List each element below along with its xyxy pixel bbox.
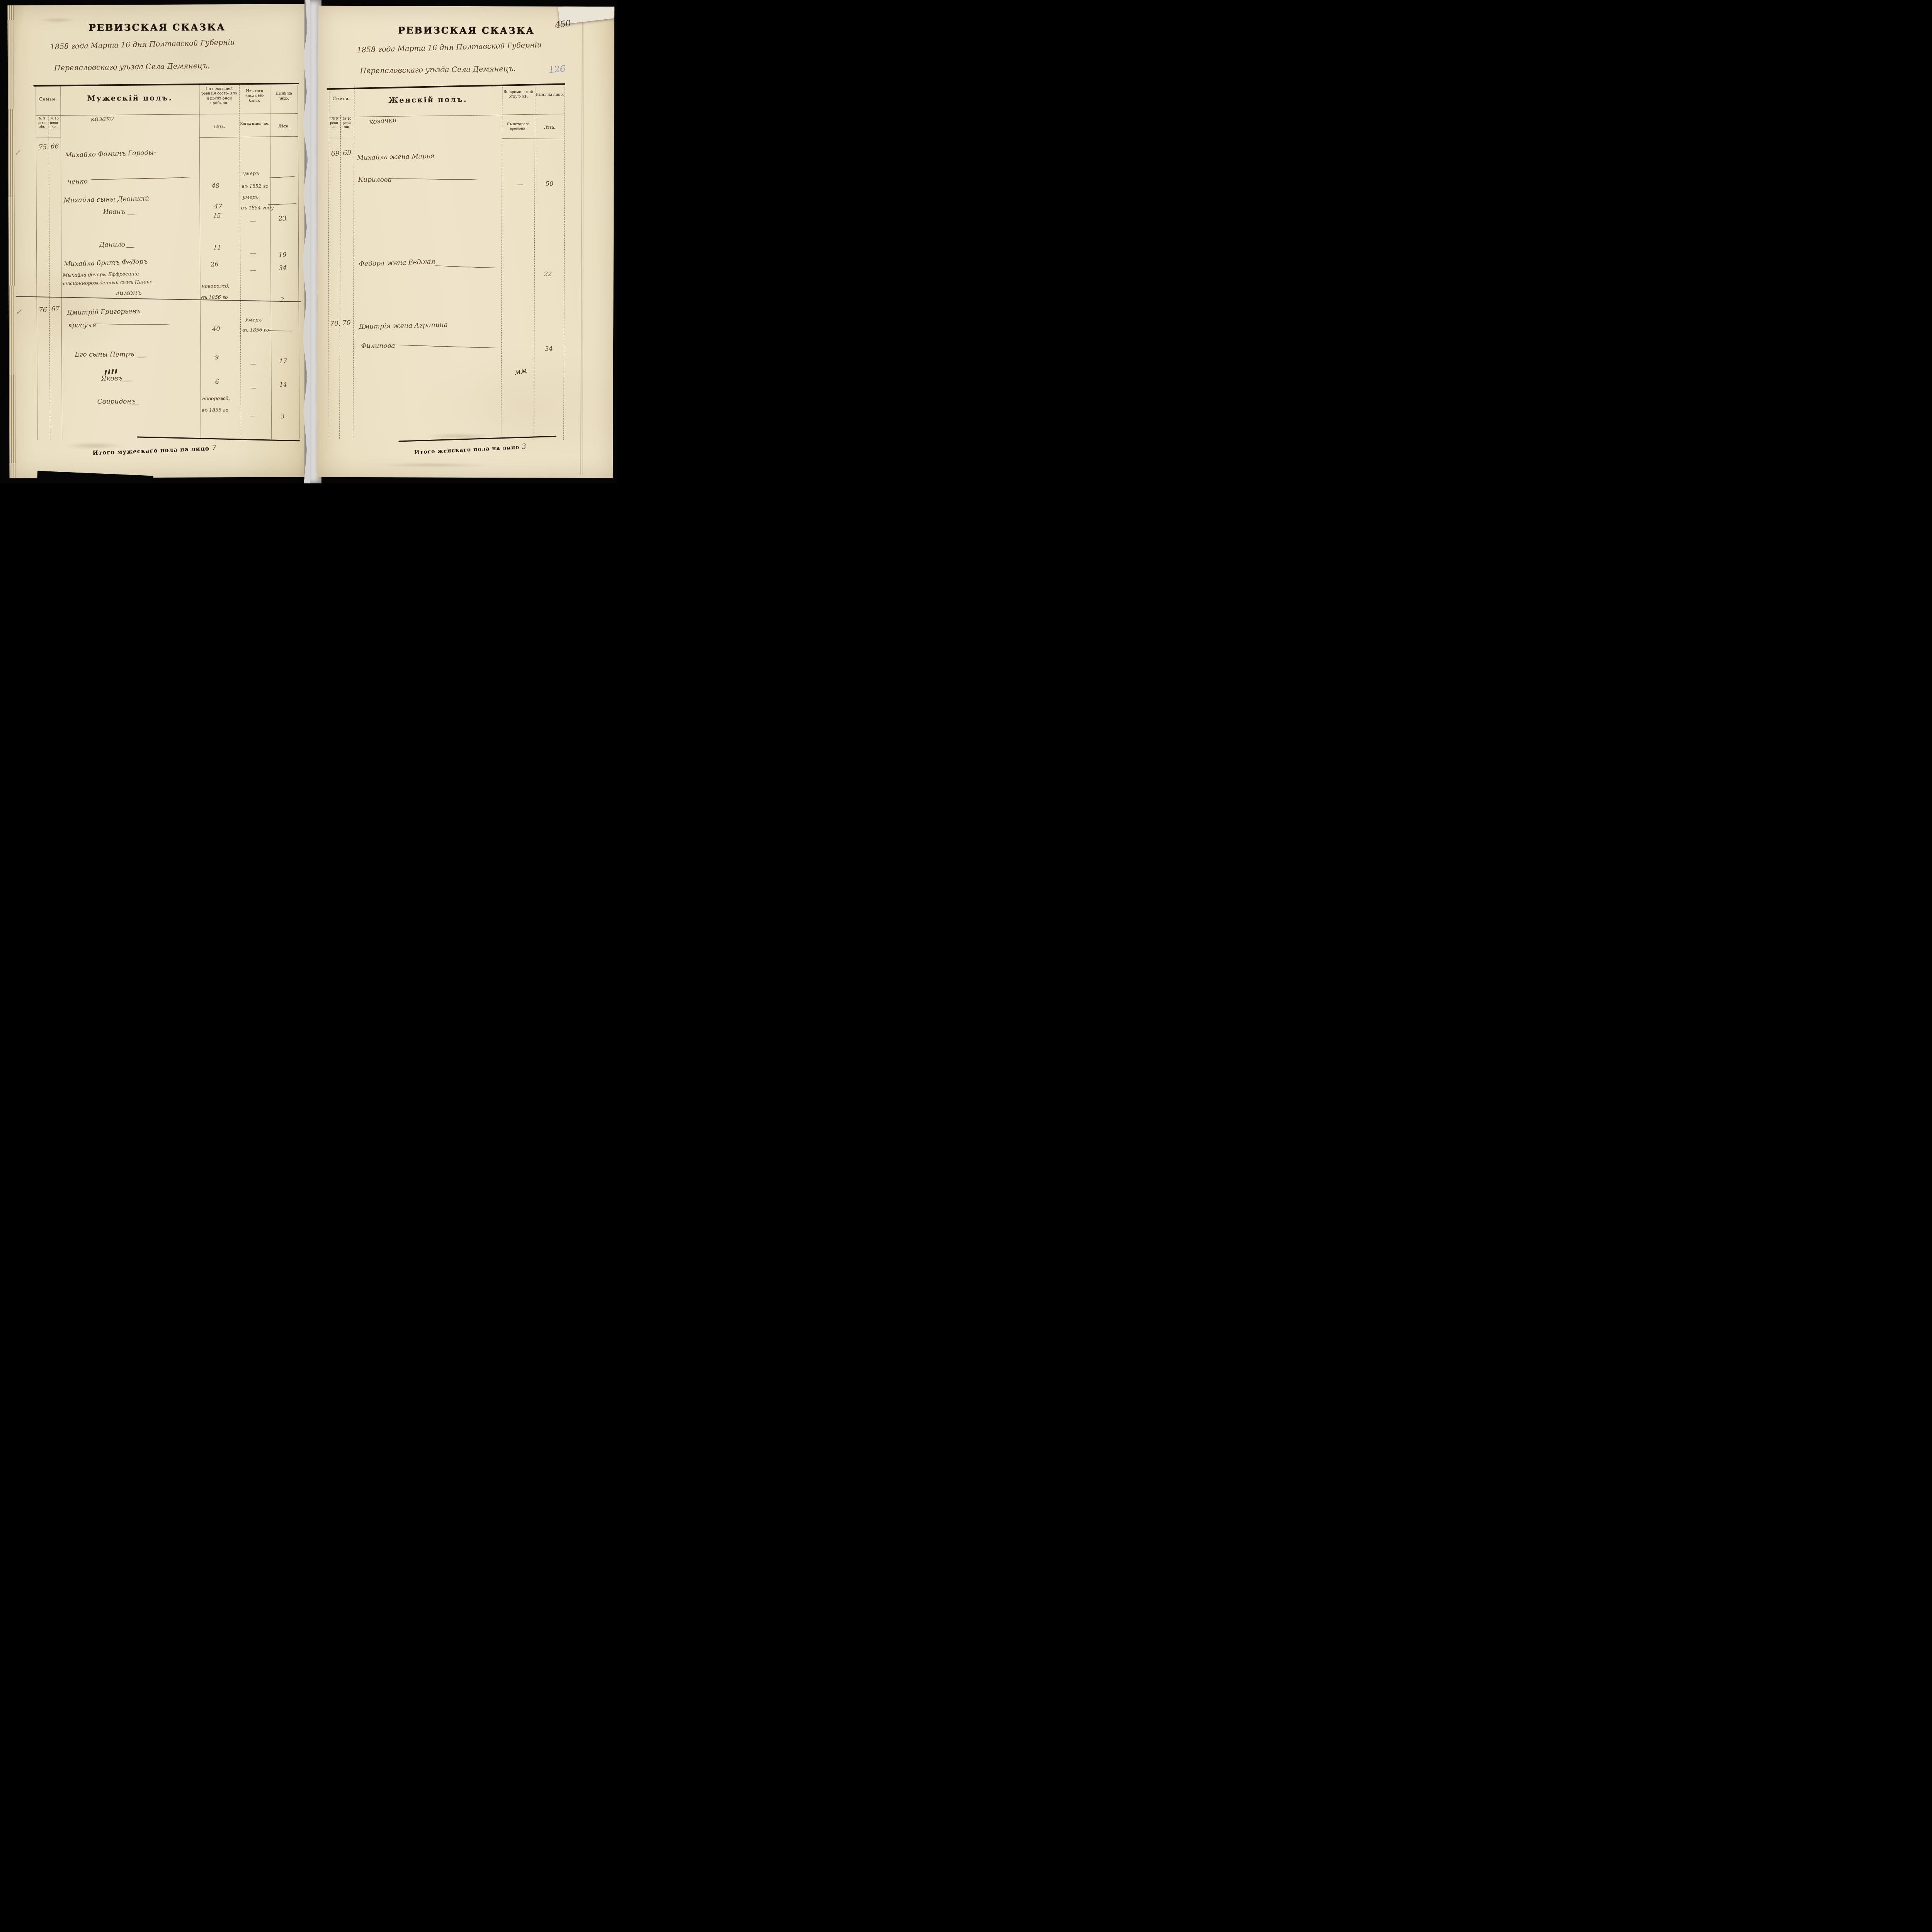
- absence-dash: —: [517, 180, 523, 188]
- female-table-body: 69 69 Михайла жена Марья Кирилова — 50 Ф…: [328, 138, 565, 440]
- record-name-line: Дмитрій Григорьевъ: [67, 308, 141, 317]
- female-table: Семьи. Женскій полъ. Во времен- ной отлу…: [328, 86, 565, 440]
- col-present: Нынѣ на лицо.: [535, 92, 564, 98]
- departure-dash: —: [250, 296, 256, 303]
- table-rule: [329, 114, 565, 118]
- book-scan-photo: РЕВИЗСКАЯ СКАЗКА 1858 года Марта 16 дня …: [0, 0, 617, 483]
- age-at-last-revision: 48: [212, 182, 219, 189]
- age-at-last-revision: 40: [212, 325, 220, 332]
- record-name-line: Михайла сыны Деонисій: [64, 195, 150, 204]
- ink-tail: [269, 330, 298, 332]
- age-at-last-revision: 15: [213, 212, 221, 219]
- col-female-sex: Женскій полъ.: [354, 95, 502, 105]
- newborn-note: новорожд.: [202, 395, 230, 401]
- bleedthrough-smudge: [352, 462, 514, 468]
- ink-tail: [127, 213, 137, 214]
- age-now: 3: [281, 413, 284, 420]
- departure-dash: —: [250, 250, 256, 257]
- record-name-line: Дмитрія жена Агрипина: [359, 321, 448, 331]
- age-now: 50: [546, 180, 553, 187]
- ink-tail: [130, 404, 139, 405]
- col-prev-revision: По послѣдней ревизіи состо- яло и послѣ …: [200, 87, 238, 106]
- departure-note: Умеръ: [245, 317, 262, 323]
- record-name-line: незаконнорожденный сынъ Панте-: [61, 279, 155, 286]
- bleedthrough-smudge: [52, 440, 137, 451]
- age-now: 23: [279, 215, 286, 222]
- age-now: 34: [545, 345, 553, 352]
- record-name-line: красуля: [68, 321, 96, 329]
- family-number-9th-revision: 75.: [39, 143, 49, 151]
- departure-dash: —: [249, 412, 255, 419]
- col-family: Семьи.: [36, 97, 60, 102]
- family-number-10th-revision: 69: [343, 149, 351, 157]
- age-now: 2: [280, 296, 284, 304]
- family-number-9th-revision: 76: [39, 306, 47, 314]
- departure-note: въ 1854 году: [241, 205, 274, 211]
- table-top-rule: [33, 83, 299, 87]
- ink-tail: [122, 380, 133, 381]
- date-line: 1858 года Марта 16 дня Полтавской Губерн…: [50, 38, 235, 51]
- place-line: Переясловскаго уѣзда Села Демянецъ.: [360, 65, 515, 75]
- col-rev9: № 9 реви- зіи.: [36, 117, 49, 129]
- place-line: Переясловскаго уѣзда Села Демянецъ.: [54, 61, 210, 72]
- age-now: 19: [279, 251, 286, 259]
- left-page-male: РЕВИЗСКАЯ СКАЗКА 1858 года Марта 16 дня …: [7, 4, 308, 478]
- age-now: 14: [279, 381, 287, 388]
- right-page-female: 450 126 РЕВИЗСКАЯ СКАЗКА 1858 года Марта…: [317, 6, 614, 478]
- female-total-label: Итого женскаго пола на лицо: [414, 444, 520, 456]
- date-line: 1858 года Марта 16 дня Полтавской Губерн…: [357, 41, 542, 54]
- family-number-10th-revision: 70: [342, 319, 351, 327]
- col-departed-sub: Когда имен- но.: [239, 122, 270, 127]
- departure-note: умеръ: [243, 170, 259, 176]
- record-name-line: Филипова: [361, 342, 395, 350]
- male-total-value: 7: [212, 444, 217, 452]
- age-at-last-revision: 6: [215, 378, 219, 385]
- margin-checkmark: ✓: [15, 307, 24, 317]
- ink-tail: [434, 265, 498, 269]
- record-name-line: Данило: [99, 241, 125, 248]
- ink-scribble: мм: [514, 366, 528, 377]
- col-absence-sub: Съ котораго времени.: [502, 122, 535, 131]
- col-rev10: № 10 реви- зіи.: [48, 117, 61, 129]
- estate-note-kozachki: козачки: [369, 116, 397, 126]
- male-table: Семьи. Мужескій полъ. По послѣдней ревиз…: [36, 85, 299, 440]
- record-name-line: ченко: [68, 178, 88, 185]
- bleedthrough-smudge: [410, 432, 510, 440]
- ink-tail: [94, 323, 170, 325]
- ink-tail: [126, 246, 136, 248]
- departure-note: въ 1852 го: [242, 183, 269, 189]
- age-at-last-revision: 26: [211, 260, 218, 268]
- page-title: РЕВИЗСКАЯ СКАЗКА: [318, 24, 614, 37]
- col-present-sub: Лѣта.: [535, 126, 565, 130]
- ink-tail: [392, 344, 498, 349]
- record-name-line: Яковъ: [101, 374, 122, 382]
- estate-note-kozaki: козаки: [90, 114, 114, 123]
- family-number-10th-revision: 66: [51, 143, 59, 150]
- departure-dash: —: [250, 266, 256, 274]
- ink-blot-marks: [105, 369, 117, 375]
- departure-dash: —: [250, 217, 256, 224]
- col-rev10: № 10 реви- зіи.: [340, 117, 354, 129]
- margin-checkmark: ✓: [14, 148, 22, 158]
- page-stack-edge: [7, 5, 15, 478]
- record-name-line: лимонъ: [115, 289, 142, 297]
- ink-tail: [91, 176, 196, 180]
- ink-tail: [269, 175, 297, 179]
- record-name-line: Федора жена Евдокія: [359, 258, 435, 268]
- male-table-body: 75. 66 Михайло Фоминъ Городы- ченко 48 у…: [36, 136, 299, 440]
- departure-dash: —: [250, 360, 257, 367]
- ink-tail: [136, 356, 147, 357]
- age-now: 17: [279, 357, 287, 365]
- col-male-sex: Мужескій полъ.: [61, 94, 199, 103]
- family-number-9th-revision: 69: [331, 150, 340, 158]
- female-total-line: Итого женскаго пола на лицо 3: [414, 442, 527, 456]
- age-at-last-revision: 9: [215, 354, 219, 361]
- record-name-line: Кирилова: [358, 176, 392, 184]
- record-name-line: Михайла братъ Федоръ: [64, 258, 148, 268]
- record-name-line: Его сыны Петръ: [75, 350, 134, 359]
- family-separator-rule: [15, 296, 301, 302]
- departure-note: въ 1856 го: [242, 327, 269, 333]
- departure-note: умеръ: [243, 194, 259, 200]
- col-present-sub: Лѣта.: [270, 124, 298, 128]
- table-top-rule: [327, 83, 565, 90]
- record-name-line: Иванъ: [103, 208, 125, 216]
- family-number-10th-revision: 67: [51, 305, 60, 313]
- col-present: Нынѣ на лицо.: [270, 91, 297, 101]
- col-prev-sub: Лѣта.: [199, 124, 240, 129]
- family-number-9th-revision: 70.: [330, 320, 340, 328]
- col-departed: Изъ того числа вы- было.: [240, 89, 269, 103]
- table-rule: [36, 113, 298, 116]
- age-at-last-revision: 11: [213, 244, 221, 251]
- record-name-line: Михайло Фоминъ Городы-: [65, 149, 156, 159]
- record-name-line: Михайла жена Марья: [357, 152, 435, 162]
- bleedthrough-smudge: [31, 17, 85, 24]
- col-family: Семьи.: [329, 96, 354, 101]
- col-rev9: № 9 реви- зіи.: [329, 117, 340, 129]
- age-now: 34: [279, 264, 286, 272]
- ink-tail: [388, 177, 477, 180]
- age-at-last-revision: 47: [214, 202, 222, 210]
- record-name-line: Мыхайла дочеры Еффросиніи: [63, 270, 139, 278]
- ink-tail: [268, 202, 297, 205]
- female-total-value: 3: [522, 442, 527, 451]
- pencil-page-number: 126: [548, 64, 566, 75]
- departure-dash: —: [250, 384, 257, 391]
- newborn-note: въ 1855 го: [202, 407, 228, 413]
- newborn-note: новорожд.: [202, 283, 230, 289]
- age-now: 22: [544, 270, 552, 278]
- col-absence: Во времен- ной отлуч- кѣ.: [502, 90, 534, 99]
